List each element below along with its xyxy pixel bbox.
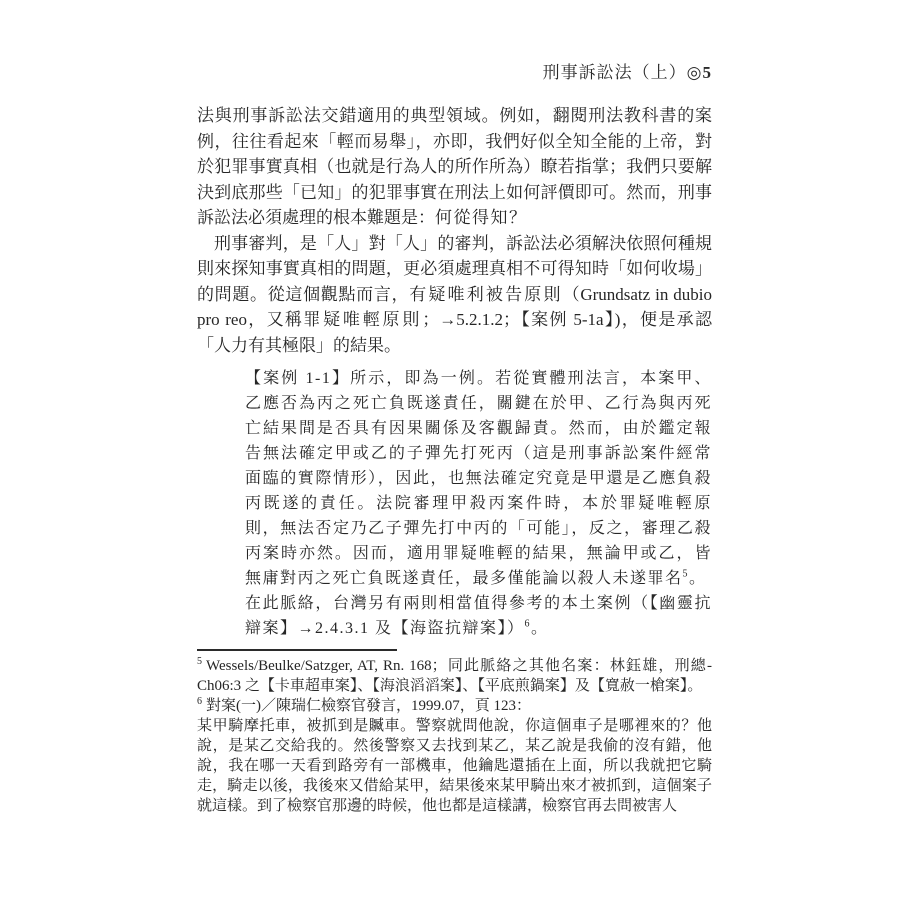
paragraph-1-emphasis: 何從得知？ bbox=[435, 208, 528, 227]
main-text: 法與刑事訴訟法交錯適用的典型領域。例如，翻閱刑法教科書的案例，往往看起來「輕而易… bbox=[197, 103, 712, 358]
case-paragraph-2-tail: 。 bbox=[531, 620, 549, 637]
text-column: 刑事訴訟法（上）◎5 法與刑事訴訟法交錯適用的典型領域。例如，翻閱刑法教科書的案… bbox=[197, 58, 712, 816]
case-paragraph-2: 在此脈絡，台灣另有兩則相當值得參考的本土案例（【幽靈抗辯案】→2.4.3.1 及… bbox=[245, 591, 712, 641]
page-number: 5 bbox=[703, 63, 713, 82]
paragraph-1: 法與刑事訴訟法交錯適用的典型領域。例如，翻閱刑法教科書的案例，往往看起來「輕而易… bbox=[197, 103, 712, 231]
case-paragraph-2-text: 在此脈絡，台灣另有兩則相當值得參考的本土案例（【幽靈抗辯案】→2.4.3.1 及… bbox=[245, 595, 712, 637]
footnote-5-marker: 5 bbox=[197, 656, 202, 667]
footnote-6-marker: 6 bbox=[197, 696, 202, 707]
book-page: 刑事訴訟法（上）◎5 法與刑事訴訟法交錯適用的典型領域。例如，翻閱刑法教科書的案… bbox=[0, 0, 900, 900]
footnotes-section: 5Wessels/Beulke/Satzger, AT, Rn. 168；同此脈… bbox=[197, 656, 712, 816]
paragraph-2-principle-2: 罪疑唯輕原則 bbox=[303, 310, 422, 329]
case-paragraph-1: 【案例 1-1】所示，即為一例。若從實體刑法言，本案甲、乙應否為丙之死亡負既遂責… bbox=[245, 366, 712, 591]
footnote-5-text: Wessels/Beulke/Satzger, AT, Rn. 168；同此脈絡… bbox=[197, 658, 712, 694]
page-marker: ◎ bbox=[687, 63, 703, 82]
paragraph-2: 刑事審判，是「人」對「人」的審判，訴訟法必須解決依照何種規則來探知事實真相的問題… bbox=[197, 231, 712, 359]
footnote-5: 5Wessels/Beulke/Satzger, AT, Rn. 168；同此脈… bbox=[197, 656, 712, 696]
paragraph-2-principle-1: 有疑唯利被告原則 bbox=[409, 285, 562, 304]
footnote-separator bbox=[197, 649, 397, 651]
case-paragraph-1-text: 【案例 1-1】所示，即為一例。若從實體刑法言，本案甲、乙應否為丙之死亡負既遂責… bbox=[245, 370, 712, 587]
footnote-6-intro: 對案(一)／陳瑞仁檢察官發言，1999.07，頁 123： bbox=[206, 698, 531, 714]
case-example-block: 【案例 1-1】所示，即為一例。若從實體刑法言，本案甲、乙應否為丙之死亡負既遂責… bbox=[245, 366, 712, 641]
footnote-6: 6對案(一)／陳瑞仁檢察官發言，1999.07，頁 123： bbox=[197, 696, 712, 716]
book-title: 刑事訴訟法（上） bbox=[543, 63, 687, 82]
footnote-6-body: 某甲騎摩托車，被抓到是贓車。警察就問他說，你這個車子是哪裡來的？他說，是某乙交給… bbox=[197, 716, 712, 816]
running-header: 刑事訴訟法（上）◎5 bbox=[197, 58, 712, 83]
case-paragraph-1-tail: 。 bbox=[689, 570, 707, 587]
